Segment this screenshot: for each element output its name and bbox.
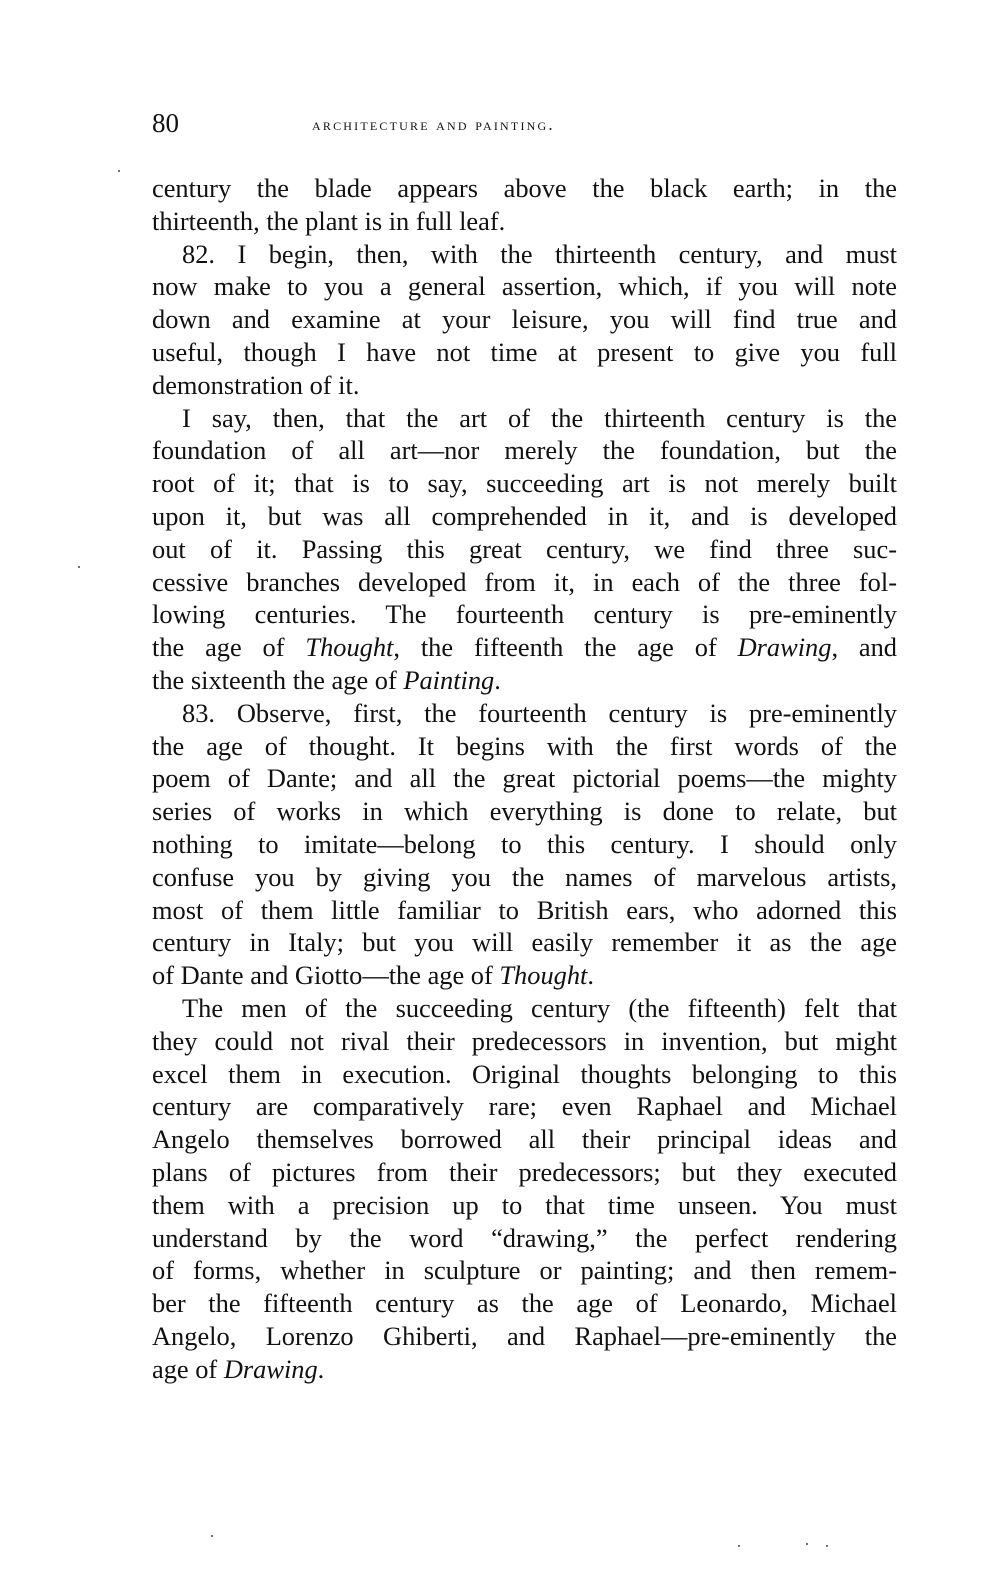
text-line: of Dante and Giotto—the age of Thought. — [152, 959, 897, 992]
text-line: thirteenth, the plant is in full leaf. — [152, 205, 897, 238]
text-line: lowing centuries. The fourteenth century… — [152, 598, 897, 631]
text-line: 82. I begin, then, with the thirteenth c… — [152, 238, 897, 271]
italic-term: Thought — [499, 960, 587, 990]
text-line: 83. Observe, first, the fourteenth centu… — [152, 697, 897, 730]
italic-term: Thought — [305, 632, 393, 662]
scan-speck — [118, 170, 120, 172]
italic-term: Drawing — [738, 632, 832, 662]
text-line: plans of pictures from their predecessor… — [152, 1156, 897, 1189]
text-line: confuse you by giving you the names of m… — [152, 861, 897, 894]
running-title: ARCHITECTURE AND PAINTING. — [312, 110, 555, 140]
paragraph: 83. Observe, first, the fourteenth centu… — [152, 697, 897, 992]
text-line: they could not rival their predecessors … — [152, 1025, 897, 1058]
text-line: century the blade appears above the blac… — [152, 172, 897, 205]
text-line: cessive branches developed from it, in e… — [152, 566, 897, 599]
paragraph: I say, then, that the art of the thirtee… — [152, 402, 897, 697]
scan-speck — [826, 1545, 828, 1547]
text-line: demonstration of it. — [152, 369, 897, 402]
text-line: down and examine at your leisure, you wi… — [152, 303, 897, 336]
text-line: of forms, whether in sculpture or painti… — [152, 1254, 897, 1287]
text-line: out of it. Passing this great century, w… — [152, 533, 897, 566]
text-line: century are comparatively rare; even Rap… — [152, 1090, 897, 1123]
running-head: 80 ARCHITECTURE AND PAINTING. — [152, 106, 712, 140]
italic-term: Drawing — [224, 1354, 318, 1384]
text-line: them with a precision up to that time un… — [152, 1189, 897, 1222]
text-line: most of them little familiar to British … — [152, 894, 897, 927]
text-line: series of works in which everything is d… — [152, 795, 897, 828]
paragraph: The men of the succeeding century (the f… — [152, 992, 897, 1386]
page-number: 80 — [152, 106, 179, 140]
text-line: upon it, but was all comprehended in it,… — [152, 500, 897, 533]
scan-speck — [738, 1545, 740, 1547]
text-line: Angelo themselves borrowed all their pri… — [152, 1123, 897, 1156]
text-line: century in Italy; but you will easily re… — [152, 926, 897, 959]
text-line: age of Drawing. — [152, 1353, 897, 1386]
text-line: understand by the word “drawing,” the pe… — [152, 1222, 897, 1255]
text-line: the sixteenth the age of Painting. — [152, 664, 897, 697]
paragraph: century the blade appears above the blac… — [152, 172, 897, 238]
scan-speck — [211, 1535, 213, 1537]
text-line: foundation of all art—nor merely the fou… — [152, 434, 897, 467]
paragraph: 82. I begin, then, with the thirteenth c… — [152, 238, 897, 402]
scan-speck — [78, 566, 80, 568]
text-line: The men of the succeeding century (the f… — [152, 992, 897, 1025]
text-line: useful, though I have not time at presen… — [152, 336, 897, 369]
scan-speck — [806, 1543, 808, 1545]
text-body: century the blade appears above the blac… — [152, 172, 897, 1385]
text-line: Angelo, Lorenzo Ghiberti, and Raphael—pr… — [152, 1320, 897, 1353]
text-line: the age of thought. It begins with the f… — [152, 730, 897, 763]
text-line: ber the fifteenth century as the age of … — [152, 1287, 897, 1320]
text-line: root of it; that is to say, succeeding a… — [152, 467, 897, 500]
text-line: poem of Dante; and all the great pictori… — [152, 762, 897, 795]
text-line: I say, then, that the art of the thirtee… — [152, 402, 897, 435]
text-line: excel them in execution. Original though… — [152, 1058, 897, 1091]
italic-term: Painting — [403, 665, 494, 695]
text-line: nothing to imitate—belong to this centur… — [152, 828, 897, 861]
text-line: the age of Thought, the fifteenth the ag… — [152, 631, 897, 664]
text-line: now make to you a general assertion, whi… — [152, 270, 897, 303]
